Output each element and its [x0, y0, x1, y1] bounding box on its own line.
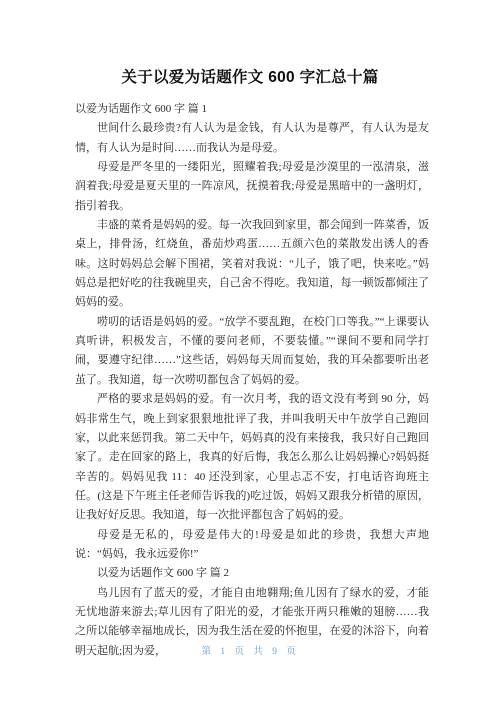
page-number-label: 第 1 页 共 9 页	[202, 647, 299, 657]
paragraph: 严格的要求是妈妈的爱。有一次月考，我的语文没有考到 90 分，妈妈非常生气，晚上…	[75, 390, 429, 525]
section-heading-2: 以爱为话题作文 600 字 篇 2	[75, 564, 429, 583]
paragraph: 丰盛的菜肴是妈妈的爱。每一次我回到家里，都会闻到一阵菜香，饭桌上，排骨汤，红烧鱼…	[75, 216, 429, 313]
paragraph: 世间什么最珍贵?有人认为是金钱，有人认为是尊严，有人认为是友情，有人认为是时间……	[75, 119, 429, 158]
paragraph: 母爱是严冬里的一缕阳光，照耀着我;母爱是沙漠里的一泓清泉，滋润着我;母爱是夏天里…	[75, 158, 429, 216]
document-body: 以爱为话题作文 600 字 篇 1 世间什么最珍贵?有人认为是金钱，有人认为是尊…	[75, 100, 429, 661]
section-heading-1: 以爱为话题作文 600 字 篇 1	[75, 100, 429, 119]
paragraph: 母爱是无私的，母爱是伟大的!母爱是如此的珍贵，我想大声地说：“妈妈，我永远爱你!…	[75, 526, 429, 565]
paragraph: 唠叨的话语是妈妈的爱。“放学不要乱跑，在校门口等我。”“上课要认真听讲，积极发言…	[75, 313, 429, 390]
page-footer: 第 1 页 共 9 页	[0, 646, 500, 658]
document-page: 关于以爱为话题作文 600 字汇总十篇 以爱为话题作文 600 字 篇 1 世间…	[0, 0, 500, 707]
document-title: 关于以爱为话题作文 600 字汇总十篇	[0, 64, 500, 92]
